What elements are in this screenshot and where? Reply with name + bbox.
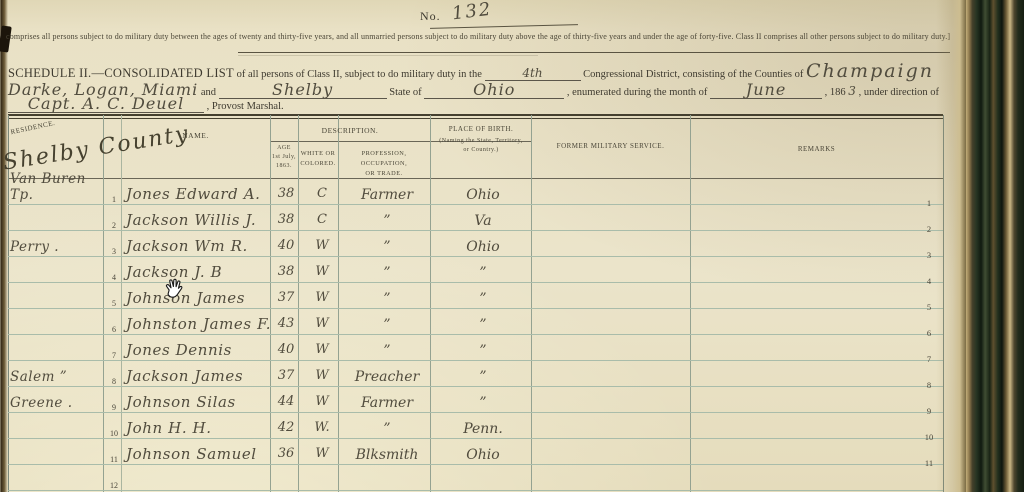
table-row: 12	[8, 464, 943, 491]
table-row: 5Johnson James37W””5	[8, 282, 943, 309]
age-header: AGE 1st July, 1863.	[268, 144, 300, 171]
table-row: 6Johnston James F.43W””6	[8, 308, 943, 335]
name-cell: Johnston James F.	[126, 315, 274, 333]
scanned-register-page[interactable]: No. 132 comprises all persons subject to…	[0, 0, 1024, 492]
residence-cell: Van Buren Tp.	[10, 171, 102, 203]
occupation-cell: ”	[340, 213, 434, 229]
occupation-cell: ”	[340, 291, 434, 307]
birthplace-cell: ”	[432, 369, 534, 385]
marshal-blank: Capt. A. C. Deuel	[8, 99, 204, 113]
row-number-left: 8	[103, 377, 125, 386]
no-underline	[430, 24, 578, 29]
name-cell: Jackson J. B	[126, 263, 274, 281]
age-cell: 38	[270, 264, 302, 279]
heading-text: , 186	[825, 87, 846, 98]
heading-text: , Provost Marshal.	[207, 101, 284, 112]
county-blank: Shelby	[219, 85, 387, 99]
age-cell: 38	[270, 212, 302, 227]
county-handwritten: Champaign	[806, 60, 934, 82]
row-number-left: 7	[103, 351, 125, 360]
description-header: DESCRIPTION.	[270, 126, 430, 135]
county2-handwritten: Shelby	[272, 80, 333, 99]
color-cell: W	[302, 342, 342, 357]
row-number-left: 12	[103, 481, 125, 490]
color-cell: W	[302, 238, 342, 253]
birthplace-cell: ”	[432, 317, 534, 333]
state-blank: Ohio	[424, 85, 564, 99]
birthplace-cell: Penn.	[432, 421, 534, 437]
occupation-cell: Farmer	[340, 395, 434, 411]
horizontal-rule	[238, 55, 538, 56]
table-row: Van Buren Tp.1Jones Edward A.38CFarmerOh…	[8, 178, 943, 205]
table-row: 7Jones Dennis40W””7	[8, 334, 943, 361]
birthplace-cell: ”	[432, 343, 534, 359]
residence-cell: Salem ”	[10, 369, 102, 385]
table-row: Perry .3Jackson Wm R.40W”Ohio3	[8, 230, 943, 257]
heading-text: , enumerated during the month of	[567, 87, 708, 98]
occupation-header: PROFESSION, OCCUPATION, OR TRADE.	[338, 149, 430, 179]
row-number-left: 2	[103, 221, 125, 230]
occupation-cell: Blksmith	[340, 447, 434, 463]
color-cell: C	[302, 186, 342, 201]
horizontal-rule	[238, 52, 950, 53]
table-row: 11Johnson Samuel36WBlksmithOhio11	[8, 438, 943, 465]
age-cell: 36	[270, 446, 302, 461]
birthplace-cell: ”	[432, 265, 534, 281]
name-cell: Jones Edward A.	[126, 185, 274, 203]
name-cell: Jackson Willis J.	[126, 211, 274, 229]
class-definition-fineprint: comprises all persons subject to do mili…	[6, 32, 1006, 41]
name-cell: Jones Dennis	[126, 341, 274, 359]
color-cell: W.	[302, 420, 342, 435]
color-cell: W	[302, 394, 342, 409]
color-cell: W	[302, 290, 342, 305]
birthplace-cell: Ohio	[432, 187, 534, 203]
marshal-name-handwritten: Capt. A. C. Deuel	[28, 94, 184, 113]
table-row: 2Jackson Willis J.38C”Va2	[8, 204, 943, 231]
color-cell: W	[302, 264, 342, 279]
table-row: 10John H. H.42W.”Penn.10	[8, 412, 943, 439]
row-number-left: 10	[103, 429, 125, 438]
table-row: Greene .9Johnson Silas44WFarmer”9	[8, 386, 943, 413]
table-top-rule	[8, 114, 943, 116]
age-cell: 43	[270, 316, 302, 331]
row-number-left: 3	[103, 247, 125, 256]
table-row: Salem ”8Jackson James37WPreacher”8	[8, 360, 943, 387]
name-cell: Johnson James	[126, 289, 274, 307]
military-service-header: FORMER MILITARY SERVICE.	[531, 142, 690, 150]
occupation-cell: Preacher	[340, 369, 434, 385]
schedule-heading-line3: Capt. A. C. Deuel , Provost Marshal.	[8, 99, 284, 113]
color-cell: W	[302, 368, 342, 383]
occupation-cell: ”	[340, 265, 434, 281]
row-number-left: 11	[103, 455, 125, 464]
heading-text: , under direction of	[859, 87, 939, 98]
residence-cell: Perry .	[10, 239, 102, 255]
birthplace-cell: Ohio	[432, 447, 534, 463]
residence-cell: Greene .	[10, 395, 102, 411]
book-binding-edge	[966, 0, 1024, 492]
name-cell: Jackson James	[126, 367, 274, 385]
age-cell: 44	[270, 394, 302, 409]
birthplace-cell: Ohio	[432, 239, 534, 255]
heading-text: and	[201, 87, 216, 98]
birthplace-cell: Va	[432, 213, 534, 229]
birthplace-subheader: (Naming the State, Territory, or Country…	[431, 137, 531, 155]
name-cell: Jackson Wm R.	[126, 237, 274, 255]
age-cell: 37	[270, 368, 302, 383]
table-top-rule	[8, 118, 943, 119]
birthplace-header: PLACE OF BIRTH.	[431, 125, 531, 133]
row-number-left: 5	[103, 299, 125, 308]
age-cell: 38	[270, 186, 302, 201]
month-blank: June	[710, 85, 822, 99]
schedule-title: SCHEDULE II.—CONSOLIDATED LIST	[8, 66, 234, 80]
age-cell: 40	[270, 238, 302, 253]
occupation-cell: Farmer	[340, 187, 434, 203]
district-handwritten: 4th	[522, 66, 542, 80]
birthplace-cell: ”	[432, 395, 534, 411]
name-cell: John H. H.	[126, 419, 274, 437]
age-cell: 40	[270, 342, 302, 357]
year-digit-handwritten: 3	[848, 84, 856, 98]
occupation-cell: ”	[340, 343, 434, 359]
hand-cursor-icon	[161, 277, 187, 303]
page-left-edge	[0, 0, 8, 492]
heading-text: State of	[389, 87, 421, 98]
occupation-cell: ”	[340, 239, 434, 255]
name-cell: Johnson Samuel	[126, 445, 274, 463]
remarks-header: REMARKS	[690, 145, 943, 153]
no-label: No.	[420, 9, 441, 24]
age-cell: 37	[270, 290, 302, 305]
heading-text: of all persons of Class II, subject to d…	[237, 69, 482, 80]
month-handwritten: June	[746, 80, 787, 99]
color-header: WHITE OR COLORED.	[298, 149, 338, 169]
state-handwritten: Ohio	[473, 80, 515, 99]
schedule-heading-line1: SCHEDULE II.—CONSOLIDATED LIST of all pe…	[8, 60, 934, 82]
no-value: 132	[451, 0, 494, 24]
row-number-left: 1	[103, 195, 125, 204]
table-row: 4Jackson J. B38W””4	[8, 256, 943, 283]
age-cell: 42	[270, 420, 302, 435]
row-number-left: 9	[103, 403, 125, 412]
birthplace-cell: ”	[432, 291, 534, 307]
occupation-cell: ”	[340, 317, 434, 333]
heading-text: Congressional District, consisting of th…	[583, 69, 803, 80]
occupation-cell: ”	[340, 421, 434, 437]
row-number-left: 6	[103, 325, 125, 334]
color-cell: W	[302, 446, 342, 461]
name-cell: Johnson Silas	[126, 393, 274, 411]
color-cell: C	[302, 212, 342, 227]
color-cell: W	[302, 316, 342, 331]
row-number-left: 4	[103, 273, 125, 282]
